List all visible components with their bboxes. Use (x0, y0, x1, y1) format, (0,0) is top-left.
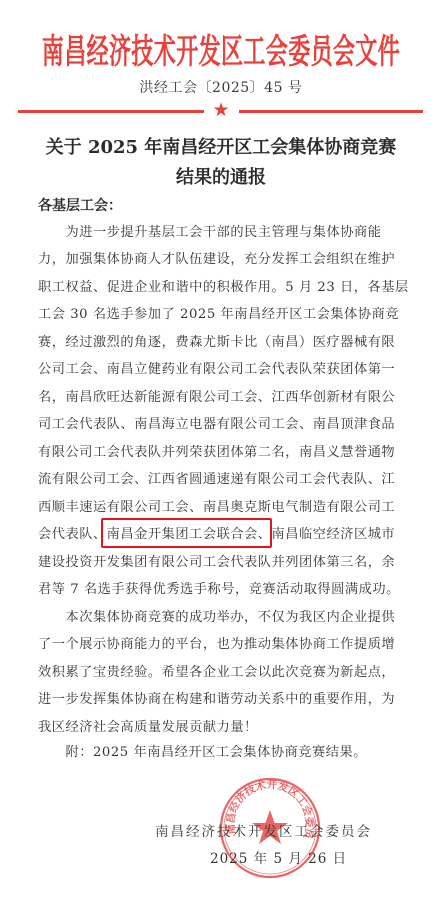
body-line: 公司工会、南昌立健药业有限公司工会代表队荣获团体第一 (38, 358, 395, 377)
body-line: 了一个展示协商能力的平台，也为推动集体协商工作提质增 (38, 633, 395, 652)
body-line: 建设投资开发集团有限公司工会代表队并列团体第三名，余 (38, 551, 395, 570)
body-line: 效积累了宝贵经验。希望各企业工会以此次竞赛为新起点， (38, 661, 395, 680)
body-line: 司工会代表队、南昌海立电器有限公司工会、南昌顶津食品 (38, 413, 395, 432)
body-line: 流有限公司工会、江西省圆通速递有限公司工会代表队、江 (38, 468, 395, 487)
body-line: 职工权益、促进企业和谐中的积极作用。5 月 23 日，各基层 (38, 276, 409, 295)
body-line: 君等 7 名选手获得优秀选手称号，竞赛活动取得圆满成功。 (38, 578, 400, 597)
body-line: 工会 30 名选手参加了 2025 年南昌经开区工会集体协商竞 (38, 303, 399, 322)
document-number: 洪经工会〔2025〕45 号 (0, 77, 442, 97)
body-line: 赛，经过激烈的角逐，费森尤斯卡比（南昌）医疗器械有限 (38, 331, 395, 350)
divider-left (18, 110, 204, 113)
body-line: 为进一步提升基层工会干部的民主管理与集体协商能 (38, 221, 381, 240)
body-line: 西顺丰速运有限公司工会、南昌奥克斯电气制造有限公司工 (38, 496, 395, 515)
document-page: 南昌经济技术开发区工会委员会文件 洪经工会〔2025〕45 号 ★ 关于 202… (0, 0, 442, 920)
body-line: 我区经济社会高质量发展贡献力量！ (38, 716, 258, 735)
signature-date: 2025 年 5 月 26 日 (210, 847, 347, 867)
attachment-note: 附：2025 年南昌经开区工会集体协商竞赛结果。 (38, 741, 367, 760)
body-line: 本次集体协商竞赛的成功举办，不仅为我区内企业提供 (38, 606, 395, 625)
highlight-box (101, 518, 272, 548)
divider-right (239, 110, 423, 113)
signature-org: 南昌经济技术开发区工会委员会 (155, 820, 372, 840)
org-header-title: 南昌经济技术开发区工会委员会文件 (0, 26, 442, 74)
body-line: 名，南昌欣旺达新能源有限公司工会、江西华创新材有限公 (38, 386, 395, 405)
notice-title-line1: 关于 2025 年南昌经开区工会集体协商竞赛 (0, 133, 442, 159)
body-line: 有限公司工会代表队并列荣获团体第二名，南昌义慧誉通物 (38, 441, 395, 460)
body-line: 进一步发挥集体协商在构建和谐劳动关系中的重要作用，为 (38, 688, 395, 707)
salutation: 各基层工会： (38, 195, 122, 215)
star-icon: ★ (212, 101, 230, 119)
body-line: 力，加强集体协商人才队伍建设，充分发挥工会组织在维护 (38, 248, 395, 267)
notice-title-line2: 结果的通报 (0, 163, 442, 189)
